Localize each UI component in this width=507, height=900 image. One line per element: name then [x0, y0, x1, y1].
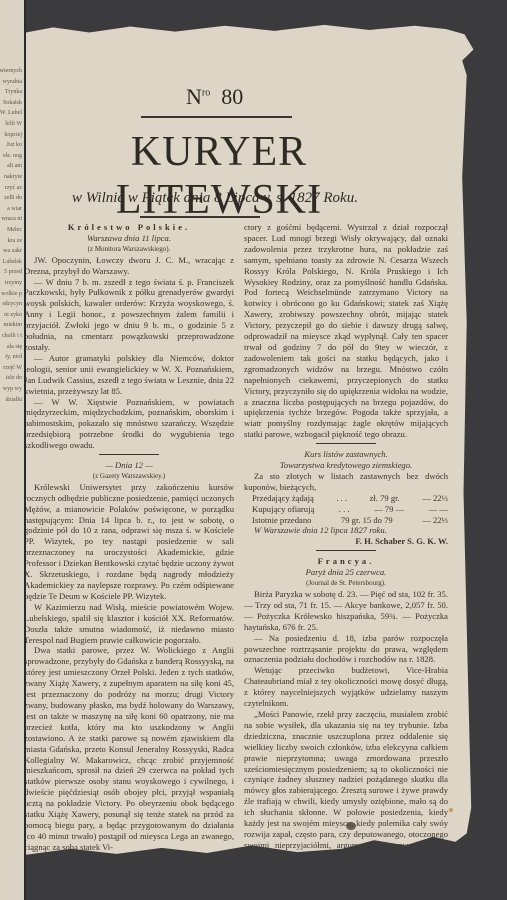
previous-page-edge: wiernychwyrabiaTrynkaSokalskW. Lubellelf…: [0, 0, 26, 900]
divider: [316, 550, 376, 551]
exchange-row: Istotnie przedano 79 gr. 15 do 79 — 22⅓: [244, 515, 448, 526]
dateline-rule: [140, 216, 260, 218]
issue-number: Nro 80: [186, 84, 243, 110]
previous-page-text: wolkie p: [1, 291, 22, 297]
article-paragraph: — Autor gramatyki polskiey dla Niemców, …: [24, 353, 234, 397]
row-label: Kupujący ofiarują: [252, 504, 314, 515]
previous-page-text: Sokalsk: [3, 100, 22, 106]
foxing-spot: [449, 808, 453, 812]
right-column: ctory z gośćmi będącemi. Wystrzał z dzia…: [244, 222, 448, 873]
issue-suffix: ro: [202, 88, 210, 99]
exchange-place-date: W Warszawie dnia 12 lipca 1827 roku.: [244, 525, 448, 536]
article-paragraph: W Kazimierzu nad Wisłą, mieście powiatow…: [24, 602, 234, 646]
row-extra: — 22⅓: [422, 515, 448, 526]
previous-page-text: wyrabia: [3, 79, 22, 85]
previous-page-text: wa zakr: [3, 248, 22, 254]
article-paragraph: Królewski Uniwersytet przy zakończeniu k…: [24, 482, 234, 602]
previous-page-text: wraca ni: [2, 216, 23, 222]
newspaper-title: KURYER LITEWSKI: [26, 128, 412, 224]
previous-page-text: trzymy: [5, 280, 22, 286]
issue-number-value: 80: [221, 84, 243, 109]
article-paragraph: — W W. Xięstwie Poznańskiem, w powiatach…: [24, 397, 234, 452]
exchange-rates: Kurs listów zastawnych. Towarzystwa kred…: [244, 449, 448, 547]
previous-page-text: ali ani: [7, 163, 22, 169]
dateline: Warszawa dnia 11 lipca.: [24, 233, 234, 244]
row-value: zł. 79 gr.: [370, 493, 400, 504]
previous-page-text: Lubelsk: [3, 259, 22, 265]
previous-page-text: rzejć W: [3, 365, 22, 371]
previous-page-text: Trynka: [5, 89, 22, 95]
exchange-intro: Za sto złotych w listach zastawnych bez …: [244, 471, 448, 493]
previous-page-text: sdzycyn: [2, 301, 22, 307]
article-paragraph: JW. Opoczynin, Łowczy dworu J. C. M., wr…: [24, 255, 234, 277]
previous-page-text: dzialki: [6, 397, 22, 403]
exchange-subheading: Towarzystwa kredytowego ziemskiego.: [244, 460, 448, 471]
row-label: Przedający żądają: [252, 493, 314, 504]
article-paragraph: „Mości Panowie, rzekł przy zaczęciu, mus…: [244, 709, 448, 873]
issue-rule: [141, 116, 292, 118]
previous-page-text: Melec: [7, 227, 22, 233]
divider: [99, 454, 159, 455]
previous-page-text: iele do: [6, 375, 22, 381]
article-paragraph: Wetując przeciwko budżetowi, Vice-Hrabia…: [244, 665, 448, 709]
section-heading: Francya.: [244, 556, 448, 567]
previous-page-text: wyp wy: [3, 386, 22, 392]
previous-page-text: kra ze: [8, 238, 23, 244]
exchange-heading: Kurs listów zastawnych.: [244, 449, 448, 460]
row-extra: — 22⅓: [422, 493, 448, 504]
previous-page-text: a wiar: [7, 206, 22, 212]
previous-page-text: ni zyko: [4, 312, 22, 318]
issue-label: N: [186, 84, 202, 109]
previous-page-text: zelli do: [4, 195, 22, 201]
previous-page-text: lelfi W: [5, 121, 22, 127]
exchange-signature: F. H. Schaber S. G. K. W.: [244, 536, 448, 547]
divider: [316, 443, 376, 444]
previous-page-text: rzyć az: [5, 185, 22, 191]
article-paragraph: Birża Paryzka w sobotę d. 23. — Pięć od …: [244, 589, 448, 633]
previous-page-text: Już ko: [7, 142, 23, 148]
publication-dateline: w Wilnie w Piątek dnia 8 Lipca v. s. 182…: [72, 190, 358, 207]
source-note: (Journal de St. Petersbourg).: [244, 578, 448, 589]
previous-page-text: 5 przed: [4, 269, 22, 275]
row-value: — 79 —: [374, 504, 404, 515]
row-label: Istotnie przedano: [252, 515, 311, 526]
row-dots: . . .: [336, 493, 347, 504]
previous-page-text: W. Lubel: [0, 110, 22, 116]
article-paragraph: Dwa statki parowe, przez W. Wolickiego z…: [24, 645, 234, 852]
newspaper-page: Nro 80 KURYER LITEWSKI w Wilnie w Piątek…: [26, 24, 478, 876]
previous-page-text: nakryte: [4, 174, 22, 180]
previous-page-text: wiernych: [0, 68, 22, 74]
ink-stain: [346, 822, 356, 830]
section-heading: Królestwo Polskie.: [24, 222, 234, 233]
article-paragraph: — W dniu 7 b. m. zszedł z tego świata ś.…: [24, 277, 234, 353]
previous-page-text: miekim: [4, 322, 22, 328]
exchange-row: Przedający żądają . . . zł. 79 gr. — 22⅓: [244, 493, 448, 504]
dateline: Paryż dnia 25 czerwca.: [244, 567, 448, 578]
source-note: (z Monitora Warszawskiego).: [24, 244, 234, 255]
article-paragraph: — Na posiedzeniu d. 18, izba parów rozpo…: [244, 633, 448, 666]
exchange-row: Kupujący ofiarują . . . — 79 — — —: [244, 504, 448, 515]
previous-page-text: ty, nioł: [5, 354, 22, 360]
previous-page-text: ele. nog: [3, 153, 22, 159]
source-note: (z Gazety Warszawskiey.): [24, 471, 234, 482]
row-dots: . . .: [339, 504, 350, 515]
dateline: — Dnia 12 —: [24, 460, 234, 471]
previous-page-text: kopciej: [4, 132, 22, 138]
left-column: Królestwo Polskie. Warszawa dnia 11 lipc…: [24, 222, 234, 853]
article-paragraph: ctory z gośćmi będącemi. Wystrzał z dzia…: [244, 222, 448, 440]
previous-page-text: ala się: [7, 344, 22, 350]
previous-page-text: cholli i t: [2, 333, 22, 339]
row-extra: — —: [429, 504, 448, 515]
row-value: 79 gr. 15 do 79: [341, 515, 393, 526]
